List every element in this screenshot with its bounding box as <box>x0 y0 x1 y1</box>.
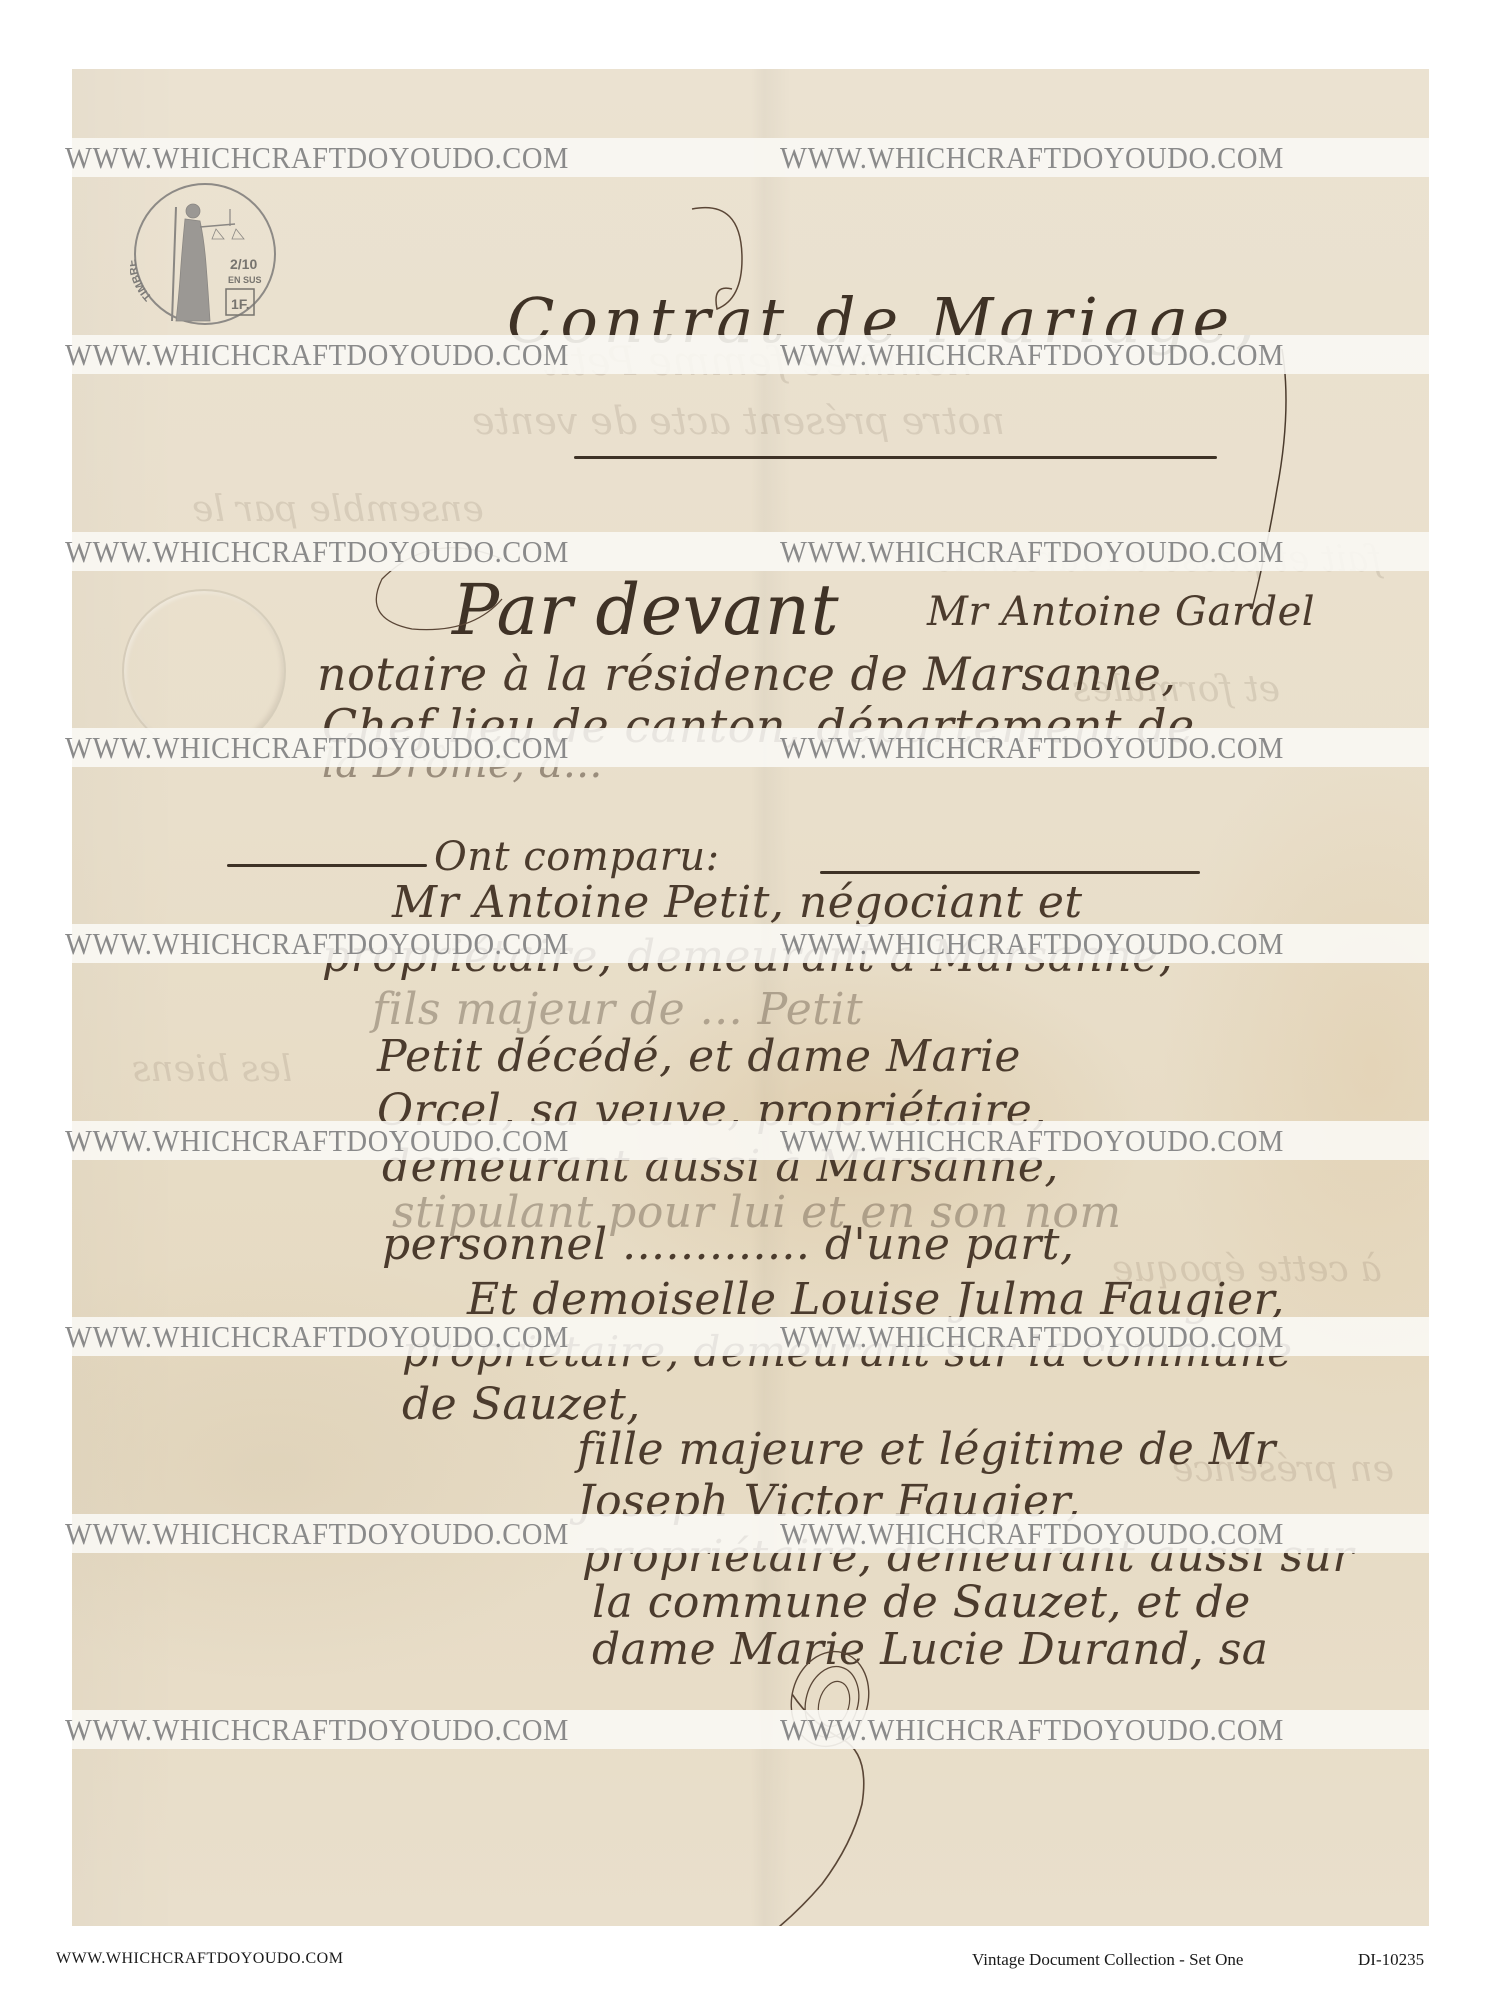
watermark-text: WWW.WHICHCRAFTDOYOUDO.COM <box>780 532 1284 571</box>
watermark-text: WWW.WHICHCRAFTDOYOUDO.COM <box>780 1121 1284 1160</box>
watermark-text: WWW.WHICHCRAFTDOYOUDO.COM <box>65 1710 569 1749</box>
document-line: notaire à la résidence de Marsanne, <box>317 647 1176 701</box>
bleed-through-text: ensemble par le <box>192 489 484 530</box>
title-rule <box>574 456 1217 459</box>
watermark-text: WWW.WHICHCRAFTDOYOUDO.COM <box>780 728 1284 767</box>
notary-name: Mr Antoine Gardel <box>927 589 1315 635</box>
watermark-text: WWW.WHICHCRAFTDOYOUDO.COM <box>65 335 569 374</box>
document-line: personnel ............. d'une part, <box>382 1219 1074 1270</box>
watermark-text: WWW.WHICHCRAFTDOYOUDO.COM <box>780 1514 1284 1553</box>
bleed-through-text: notre présent acte de vente <box>472 399 1005 443</box>
document-line: fille majeure et légitime de Mr <box>577 1424 1276 1475</box>
signature-flourish-icon <box>752 1644 952 1926</box>
stamp-value: 1F. <box>231 296 250 312</box>
document-line: la commune de Sauzet, et de <box>592 1577 1251 1628</box>
comparu-heading: Ont comparu: <box>434 834 720 880</box>
footer-id: DI-10235 <box>1358 1950 1424 1970</box>
footer-site: WWW.WHICHCRAFTDOYOUDO.COM <box>56 1950 343 1968</box>
document-line: Petit décédé, et dame Marie <box>377 1031 1021 1082</box>
watermark-text: WWW.WHICHCRAFTDOYOUDO.COM <box>65 532 569 571</box>
comparu-rule-right <box>820 871 1200 874</box>
watermark-text: WWW.WHICHCRAFTDOYOUDO.COM <box>780 138 1284 177</box>
timbre-stamp-icon: TIMBRE 2/10 EN SUS 1F. <box>130 179 280 329</box>
watermark-text: WWW.WHICHCRAFTDOYOUDO.COM <box>780 1317 1284 1356</box>
document-line: Mr Antoine Petit, négociant et <box>392 877 1083 928</box>
comparu-rule-left <box>227 864 427 867</box>
watermark-text: WWW.WHICHCRAFTDOYOUDO.COM <box>65 1121 569 1160</box>
watermark-text: WWW.WHICHCRAFTDOYOUDO.COM <box>65 138 569 177</box>
bleed-through-text: les biens <box>132 1049 292 1090</box>
stamp-fraction: 2/10 <box>230 256 257 272</box>
svg-text:TIMBRE: TIMBRE <box>130 259 154 303</box>
watermark-text: WWW.WHICHCRAFTDOYOUDO.COM <box>65 728 569 767</box>
document-line: de Sauzet, <box>402 1379 641 1430</box>
watermark-text: WWW.WHICHCRAFTDOYOUDO.COM <box>65 1514 569 1553</box>
watermark-text: WWW.WHICHCRAFTDOYOUDO.COM <box>65 924 569 963</box>
watermark-text: WWW.WHICHCRAFTDOYOUDO.COM <box>780 924 1284 963</box>
watermark-text: WWW.WHICHCRAFTDOYOUDO.COM <box>65 1317 569 1356</box>
stamp-ring-text: TIMBRE <box>130 259 154 303</box>
watermark-text: WWW.WHICHCRAFTDOYOUDO.COM <box>780 335 1284 374</box>
footer-collection: Vintage Document Collection - Set One <box>972 1950 1243 1970</box>
title-flourish-icon <box>672 189 792 339</box>
document-line: fils majeur de ... Petit <box>372 984 863 1035</box>
stamp-subtext: EN SUS <box>228 275 262 285</box>
watermark-text: WWW.WHICHCRAFTDOYOUDO.COM <box>780 1710 1284 1749</box>
